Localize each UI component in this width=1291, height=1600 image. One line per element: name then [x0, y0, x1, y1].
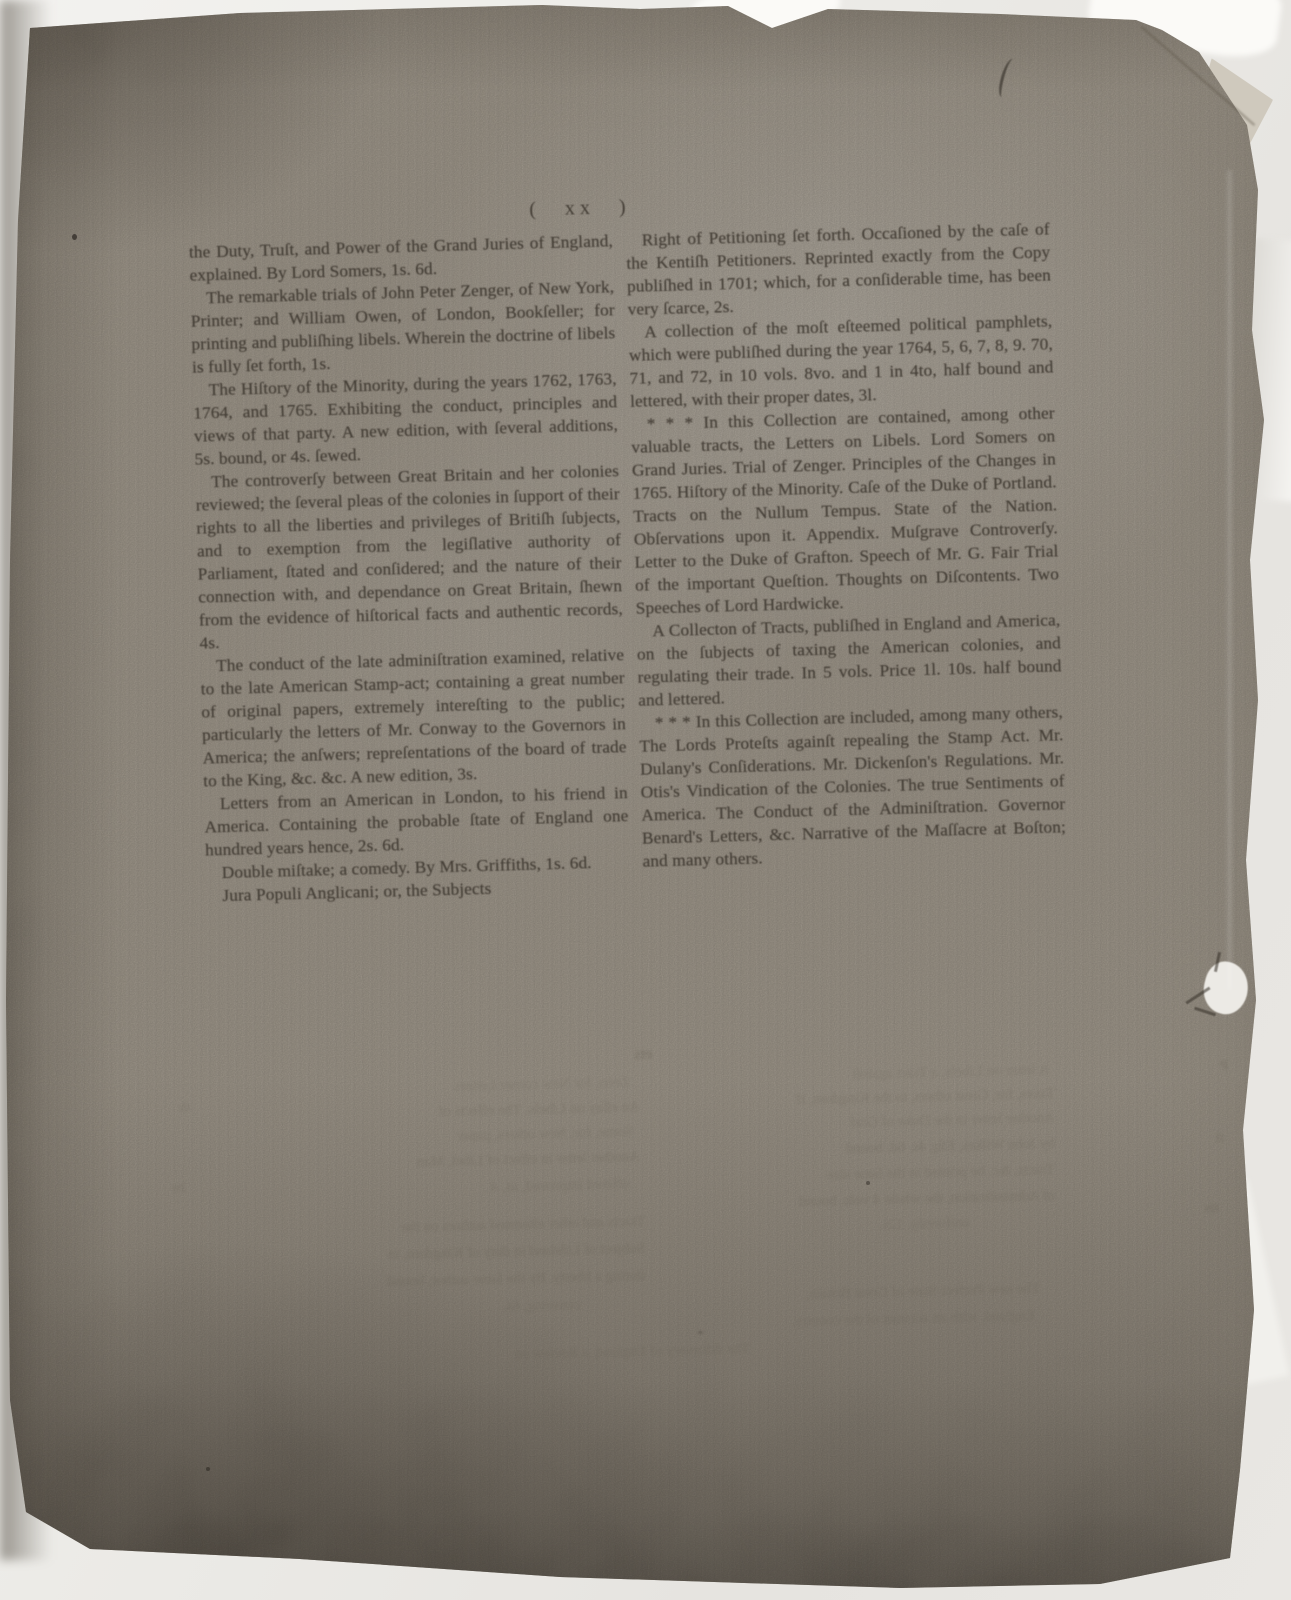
- document-page: ( xx ) the Duty, Truſt, and Power of the…: [0, 0, 1291, 1600]
- show-through-text: Tracts, &c. be printed in the ſame size: [705, 1162, 1055, 1188]
- show-through-text: covering, 6s.: [330, 1297, 580, 1320]
- show-through-text: Subject of Lifeland in duty of Kingdom, …: [290, 1241, 645, 1267]
- show-through-text: be: [145, 1180, 185, 1198]
- show-through-text: tis: [1178, 1200, 1218, 1218]
- catalog-entry: * * * In this Collection are contained, …: [630, 401, 1059, 619]
- catalog-entry: Letters from an American in London, to h…: [204, 781, 630, 861]
- left-column: the Duty, Truſt, and Power of the Grand …: [189, 229, 631, 907]
- show-through-text: The new Perfect State of Great Britain,: [690, 1281, 1040, 1307]
- show-through-text: by John Wilkes, Eſq; 4s. 6d. bound: [710, 1136, 1055, 1161]
- show-through-text: Zeno, for New corner Letters: [330, 1074, 630, 1098]
- catalog-entry: The Hiſtory of the Minority, during the …: [192, 367, 618, 470]
- show-through-text: uniformly, 12s.: [720, 1215, 970, 1238]
- photo-of-document: ( xx ) the Duty, Truſt, and Power of the…: [0, 0, 1291, 1600]
- show-through-text: offered improved, as, 4: [300, 1176, 630, 1201]
- catalog-entry: The controverſy between Great Britain an…: [195, 459, 624, 654]
- ink-speck: [206, 1467, 210, 1471]
- show-through-text: An eſſay on Libels. The effects of: [318, 1099, 640, 1124]
- show-through-text: The diſcovery of England, a Review on: [420, 1341, 750, 1366]
- catalog-entry: A Collecton of Tracts, publiſhed in Engl…: [636, 608, 1062, 711]
- two-column-text: the Duty, Truſt, and Power of the Grand …: [189, 217, 1069, 907]
- show-through-text: Some, for, New others, paper: [308, 1124, 633, 1149]
- catalog-entry: Right of Petitioning ſet forth. Occaſion…: [625, 217, 1051, 320]
- show-through-text: Tracts and other eſteemed authors on the: [295, 1214, 645, 1240]
- right-column: Right of Petitioning ſet forth. Occaſion…: [625, 217, 1067, 895]
- ink-speck: [72, 234, 77, 240]
- ink-speck: [866, 1181, 870, 1185]
- catalog-entry: A collection of the moſt eſteemed politi…: [628, 309, 1054, 412]
- printed-text-block: ( xx ) the Duty, Truſt, and Power of the…: [188, 180, 1069, 907]
- catalog-entry: The remarkable trials of John Peter Zeng…: [190, 275, 616, 378]
- edge-fold-highlight: [1228, 170, 1231, 990]
- ink-speck: [698, 1331, 703, 1334]
- show-through-text: ets: [612, 1046, 652, 1064]
- show-through-text: Another letter in the Duke of Graf: [715, 1110, 1055, 1135]
- show-through-text: Taxes, for, Great others, to the Kingdom…: [705, 1086, 1055, 1112]
- catalog-entry: The conduct of the late adminiſtration e…: [200, 643, 628, 792]
- show-through-text: th: [150, 1100, 190, 1118]
- show-through-text: of Adminiſtration, the whole 4 vols. bou…: [700, 1188, 1055, 1214]
- pen-stroke-mark: [997, 57, 1019, 99]
- show-through-text: during a liberty. By the ſame author, bo…: [290, 1268, 645, 1294]
- show-through-text: A letter on Libels, a Tract againſt: [720, 1062, 1050, 1087]
- show-through-text: England, with an account of the country,: [685, 1308, 1035, 1334]
- show-through-text: P: [1188, 1058, 1228, 1076]
- show-through-text: ri: [1184, 1130, 1224, 1148]
- catalog-entry: * * * In this Collection are included, a…: [639, 700, 1067, 872]
- show-through-text: Another letter in effect of Libel, Man: [295, 1149, 640, 1174]
